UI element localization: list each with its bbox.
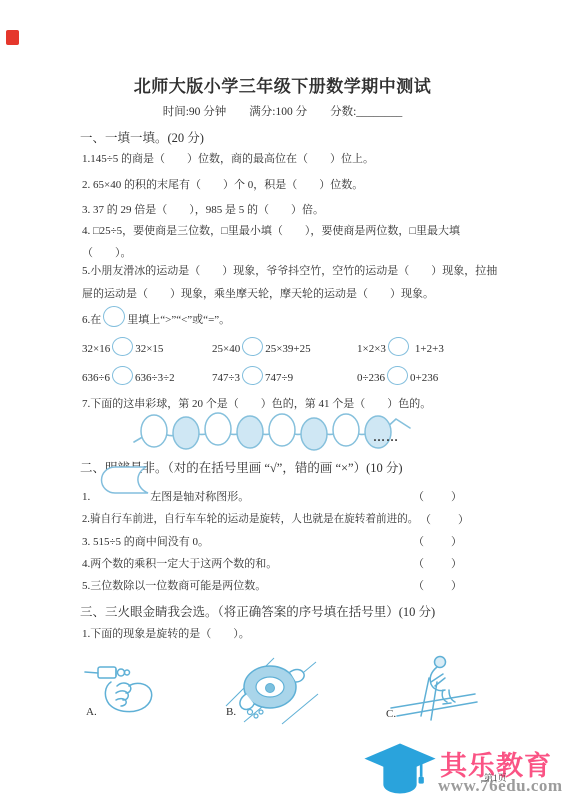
s2-item-1-text: 左图是轴对称图形。 xyxy=(150,491,249,503)
option-c-label: C. xyxy=(386,708,396,720)
compare-circle-blank xyxy=(103,306,125,327)
s1-item-6-suffix: 里填上“>”“<”或“=”。 xyxy=(127,314,230,326)
answer-paren: （ ） xyxy=(420,511,477,527)
compare-left: 0÷236 xyxy=(357,372,385,384)
ski xyxy=(397,702,477,716)
s1-item-5-line2: 屉的运动是（ ）现象，乘坐摩天轮，摩天轮的运动是（ ）现象。 xyxy=(82,285,434,301)
section-one-heading: 一、一填一填。(20 分) xyxy=(80,128,204,146)
s1-item-2: 2. 65×40 的积的末尾有（ ）个 0，积是（ ）位数。 xyxy=(82,176,363,192)
compare-right: 32×15 xyxy=(135,343,163,355)
compare-left: 636÷6 xyxy=(82,372,110,384)
wheel-hub xyxy=(266,684,275,693)
compare-cell: 747÷3747÷9 xyxy=(212,366,293,385)
s3-q1: 1.下面的现象是旋转的是（ ）。 xyxy=(82,625,250,641)
page-number: 第1页 xyxy=(484,771,507,784)
worksheet-page: 北师大版小学三年级下册数学期中测试 时间:90 分钟 满分:100 分 分数:_… xyxy=(0,0,565,800)
syringe-body xyxy=(98,667,116,678)
compare-right: 747÷9 xyxy=(265,372,293,384)
bead xyxy=(301,418,327,450)
s1-item-5-line1: 5.小朋友滑冰的运动是（ ）现象，爷爷抖空竹，空竹的运动是（ ）现象，拉抽 xyxy=(82,262,497,278)
compare-cell: 636÷6636÷3÷2 xyxy=(82,366,175,385)
s1-item-4-line1: 4. □25÷5，要使商是三位数，□里最小填（ ），要使商是两位数，□里最大填 xyxy=(82,222,460,238)
s2-item-3: 3. 515÷5 的商中间没有 0。 xyxy=(82,533,209,549)
s1-item-4-line2: （ ）。 xyxy=(82,244,132,260)
answer-paren: （ ） xyxy=(413,577,470,593)
page-title: 北师大版小学三年级下册数学期中测试 xyxy=(0,72,565,97)
compare-right: 1+2+3 xyxy=(415,343,444,355)
compare-cell: 0÷2360+236 xyxy=(357,366,438,385)
compare-cell: 1×2×31+2+3 xyxy=(357,337,444,356)
syringe-needle xyxy=(85,672,98,673)
compare-left: 747÷3 xyxy=(212,372,240,384)
s1-item-3: 3. 37 的 29 倍是（ ），985 是 5 的（ ）倍。 xyxy=(82,201,324,217)
bead xyxy=(205,413,231,445)
compare-left: 32×16 xyxy=(82,343,110,355)
answer-paren: （ ） xyxy=(413,555,470,571)
red-marker xyxy=(6,30,19,45)
compare-left: 25×40 xyxy=(212,343,240,355)
skier-head xyxy=(435,657,446,668)
compare-cell: 32×1632×15 xyxy=(82,337,163,356)
compare-right: 636÷3÷2 xyxy=(135,372,175,384)
compare-circle xyxy=(387,366,408,385)
meta-line: 时间:90 分钟 满分:100 分 分数:________ xyxy=(0,103,565,119)
bead xyxy=(269,414,295,446)
option-b-label: B. xyxy=(226,706,236,718)
skier-illustration xyxy=(385,652,480,724)
compare-circle xyxy=(112,337,133,356)
s2-item-5: 5.三位数除以一位数商可能是两位数。 xyxy=(82,577,266,593)
graduation-cap-icon xyxy=(362,742,438,798)
compare-left: 1×2×3 xyxy=(357,343,386,355)
bead xyxy=(141,415,167,447)
option-a-label: A. xyxy=(86,706,97,718)
s1-item-1: 1.145÷5 的商是（ ）位数，商的最高位在（ ）位上。 xyxy=(82,150,374,166)
answer-paren: （ ） xyxy=(413,533,470,549)
bead xyxy=(333,414,359,446)
compare-right: 25×39+25 xyxy=(265,343,310,355)
s2-item-1: 1.左图是轴对称图形。 xyxy=(82,488,249,504)
s1-item-6-prefix: 6.在 xyxy=(82,314,101,326)
compare-circle xyxy=(242,337,263,356)
s2-item-4: 4.两个数的乘积一定大于这两个数的和。 xyxy=(82,555,277,571)
steering-wheel-illustration xyxy=(224,654,319,726)
bead-ellipsis: …… xyxy=(373,430,399,445)
answer-paren: （ ） xyxy=(413,488,470,504)
section-three-heading: 三、三火眼金睛我会选。（将正确答案的序号填在括号里）(10 分) xyxy=(80,602,435,620)
s1-item-6: 6.在里填上“>”“<”或“=”。 xyxy=(82,306,230,327)
compare-right: 0+236 xyxy=(410,372,438,384)
compare-circle xyxy=(388,337,409,356)
compare-circle xyxy=(242,366,263,385)
bead xyxy=(237,416,263,448)
compare-cell: 25×4025×39+25 xyxy=(212,337,311,356)
compare-circle xyxy=(112,366,133,385)
s2-item-2: 2.骑自行车前进，自行车车轮的运动是旋转，人也就是在旋转着前进的。 xyxy=(82,511,418,526)
s2-item-1-num: 1. xyxy=(82,491,90,503)
bead xyxy=(173,417,199,449)
